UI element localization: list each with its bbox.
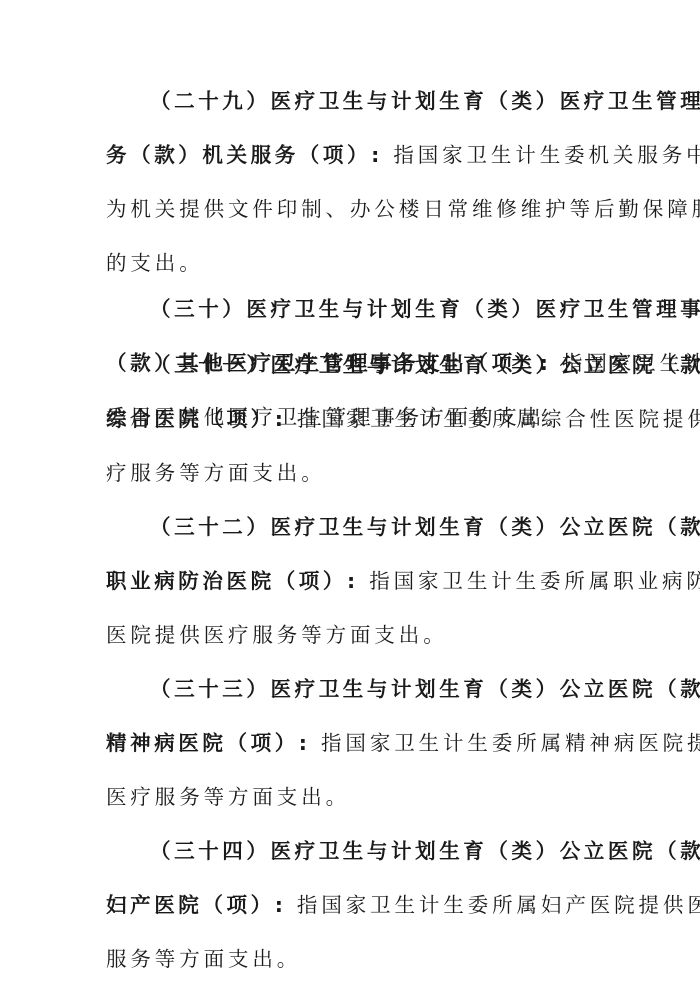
item-description: 服务等方面支出。 <box>106 947 301 971</box>
item-heading: （三十四）医疗卫生与计划生育（类）公立医院（款） <box>150 839 700 863</box>
item-description: 指国家卫生计生委所属精神病医院提供 <box>311 731 700 755</box>
paragraph-29-line-3: 为机关提供文件印制、办公楼日常维修维护等后勤保障服务 <box>106 194 596 224</box>
paragraph-34-line-3: 服务等方面支出。 <box>106 944 596 974</box>
paragraph-31-line-1: （三十一）医疗卫生与计划生育（类）公立医院（款） <box>150 350 596 380</box>
item-heading: （三十三）医疗卫生与计划生育（类）公立医院（款） <box>150 677 700 701</box>
paragraph-29-line-4: 的支出。 <box>106 248 596 278</box>
paragraph-32-line-3: 医院提供医疗服务等方面支出。 <box>106 620 596 650</box>
item-heading: （三十）医疗卫生与计划生育（类）医疗卫生管理事务 <box>150 297 700 321</box>
paragraph-33-line-1: （三十三）医疗卫生与计划生育（类）公立医院（款） <box>150 674 596 704</box>
paragraph-31-line-2: 综合医院（项）: 指国家卫生计生委所属综合性医院提供医 <box>106 404 596 434</box>
item-heading: 务（款）机关服务（项）: <box>106 143 383 167</box>
document-page: （二十九）医疗卫生与计划生育（类）医疗卫生管理事 务（款）机关服务（项）: 指国… <box>0 0 700 989</box>
item-description: 指国家卫生计生委所属妇产医院提供医疗 <box>287 893 700 917</box>
paragraph-34-line-2: 妇产医院（项）: 指国家卫生计生委所属妇产医院提供医疗 <box>106 890 596 920</box>
item-heading: 妇产医院（项）: <box>106 893 287 917</box>
item-description: 为机关提供文件印制、办公楼日常维修维护等后勤保障服务 <box>106 197 700 221</box>
paragraph-29-line-2: 务（款）机关服务（项）: 指国家卫生计生委机关服务中心 <box>106 140 596 170</box>
paragraph-30-line-1: （三十）医疗卫生与计划生育（类）医疗卫生管理事务 <box>150 294 596 324</box>
item-description: 医疗服务等方面支出。 <box>106 785 350 809</box>
paragraph-33-line-2: 精神病医院（项）: 指国家卫生计生委所属精神病医院提供 <box>106 728 596 758</box>
item-description: 医院提供医疗服务等方面支出。 <box>106 623 448 647</box>
paragraph-33-line-3: 医疗服务等方面支出。 <box>106 782 596 812</box>
paragraph-32-line-2: 职业病防治医院（项）: 指国家卫生计生委所属职业病防治 <box>106 566 596 596</box>
paragraph-31-line-3: 疗服务等方面支出。 <box>106 458 596 488</box>
item-description: 指国家卫生计生委机关服务中心 <box>383 143 700 167</box>
item-description: 的支出。 <box>106 251 204 275</box>
item-description: 指国家卫生计生委所属职业病防治 <box>359 569 700 593</box>
item-heading: （二十九）医疗卫生与计划生育（类）医疗卫生管理事 <box>150 89 700 113</box>
item-description: 指国家卫生计生委所属综合性医院提供医 <box>287 407 700 431</box>
item-heading: 综合医院（项）: <box>106 407 287 431</box>
item-heading: （三十二）医疗卫生与计划生育（类）公立医院（款） <box>150 515 700 539</box>
paragraph-32-line-1: （三十二）医疗卫生与计划生育（类）公立医院（款） <box>150 512 596 542</box>
paragraph-34-line-1: （三十四）医疗卫生与计划生育（类）公立医院（款） <box>150 836 596 866</box>
item-heading: （三十一）医疗卫生与计划生育（类）公立医院（款） <box>150 353 700 377</box>
item-description: 疗服务等方面支出。 <box>106 461 326 485</box>
item-heading: 职业病防治医院（项）: <box>106 569 359 593</box>
item-heading: 精神病医院（项）: <box>106 731 311 755</box>
paragraph-29-line-1: （二十九）医疗卫生与计划生育（类）医疗卫生管理事 <box>150 86 596 116</box>
